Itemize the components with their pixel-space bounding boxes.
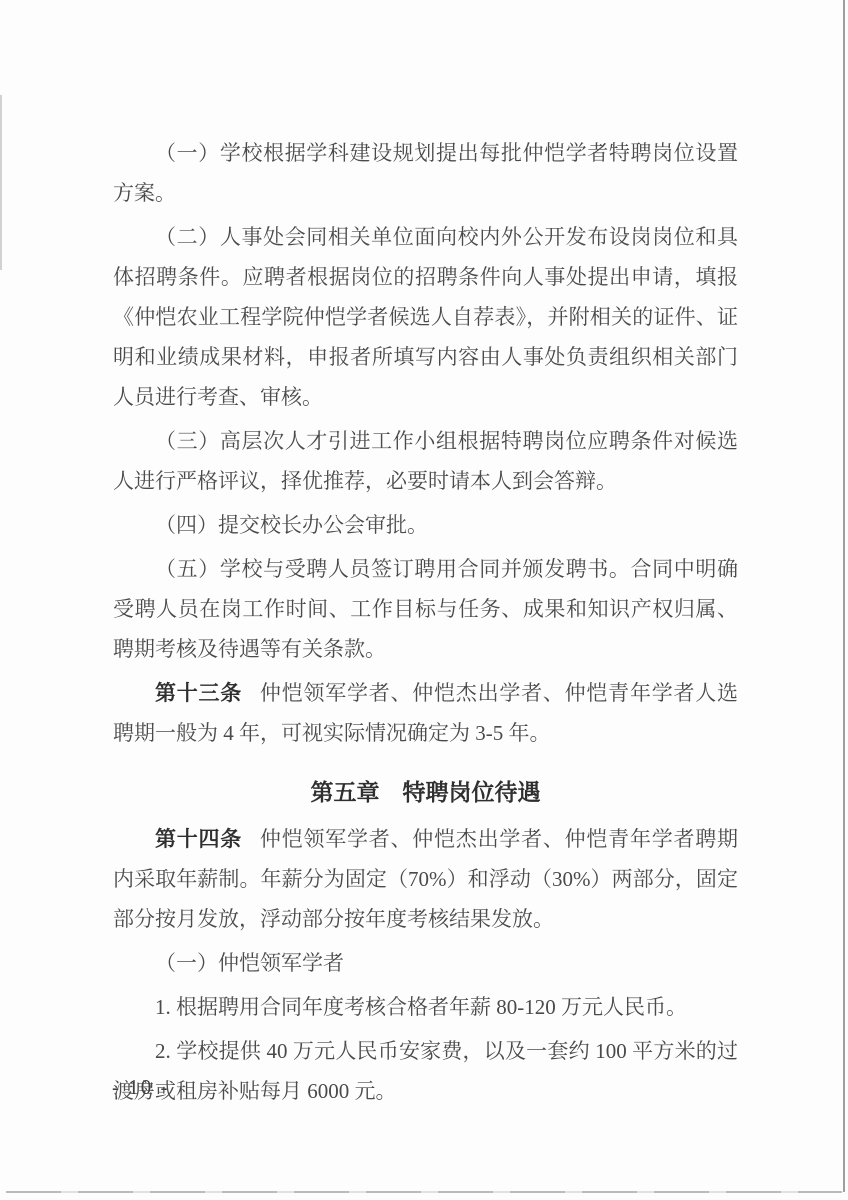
page-number: - 10 -: [112, 1075, 170, 1099]
scan-edge-right: [843, 0, 845, 1192]
chapter-heading: 第五章 特聘岗位待遇: [113, 773, 738, 813]
article-number-label: 第十四条: [155, 827, 242, 851]
scan-edge-bottom: [6, 1191, 842, 1193]
paragraph: （五）学校与受聘人员签订聘用合同并颁发聘书。合同中明确受聘人员在岗工作时间、工作…: [113, 549, 738, 669]
document-body: （一）学校根据学科建设规划提出每批仲恺学者特聘岗位设置方案。（二）人事处会同相关…: [113, 133, 738, 1111]
scan-edge-left: [0, 95, 2, 270]
paragraph: （二）人事处会同相关单位面向校内外公开发布设岗岗位和具体招聘条件。应聘者根据岗位…: [113, 217, 738, 417]
scanned-document-page: （一）学校根据学科建设规划提出每批仲恺学者特聘岗位设置方案。（二）人事处会同相关…: [0, 0, 848, 1200]
paragraph: （一）学校根据学科建设规划提出每批仲恺学者特聘岗位设置方案。: [113, 133, 738, 213]
paragraph: （四）提交校长办公会审批。: [113, 505, 738, 545]
paragraph: 2. 学校提供 40 万元人民币安家费，以及一套约 100 平方米的过渡房或租房…: [113, 1031, 738, 1111]
paragraph: （三）高层次人才引进工作小组根据特聘岗位应聘条件对候选人进行严格评议，择优推荐，…: [113, 421, 738, 501]
article-number-label: 第十三条: [155, 681, 242, 705]
paragraph: 第十四条仲恺领军学者、仲恺杰出学者、仲恺青年学者聘期内采取年薪制。年薪分为固定（…: [113, 819, 738, 939]
paragraph: 1. 根据聘用合同年度考核合格者年薪 80-120 万元人民币。: [113, 987, 738, 1027]
paragraph: 第十三条仲恺领军学者、仲恺杰出学者、仲恺青年学者人选聘期一般为 4 年，可视实际…: [113, 673, 738, 753]
paragraph: （一）仲恺领军学者: [113, 943, 738, 983]
